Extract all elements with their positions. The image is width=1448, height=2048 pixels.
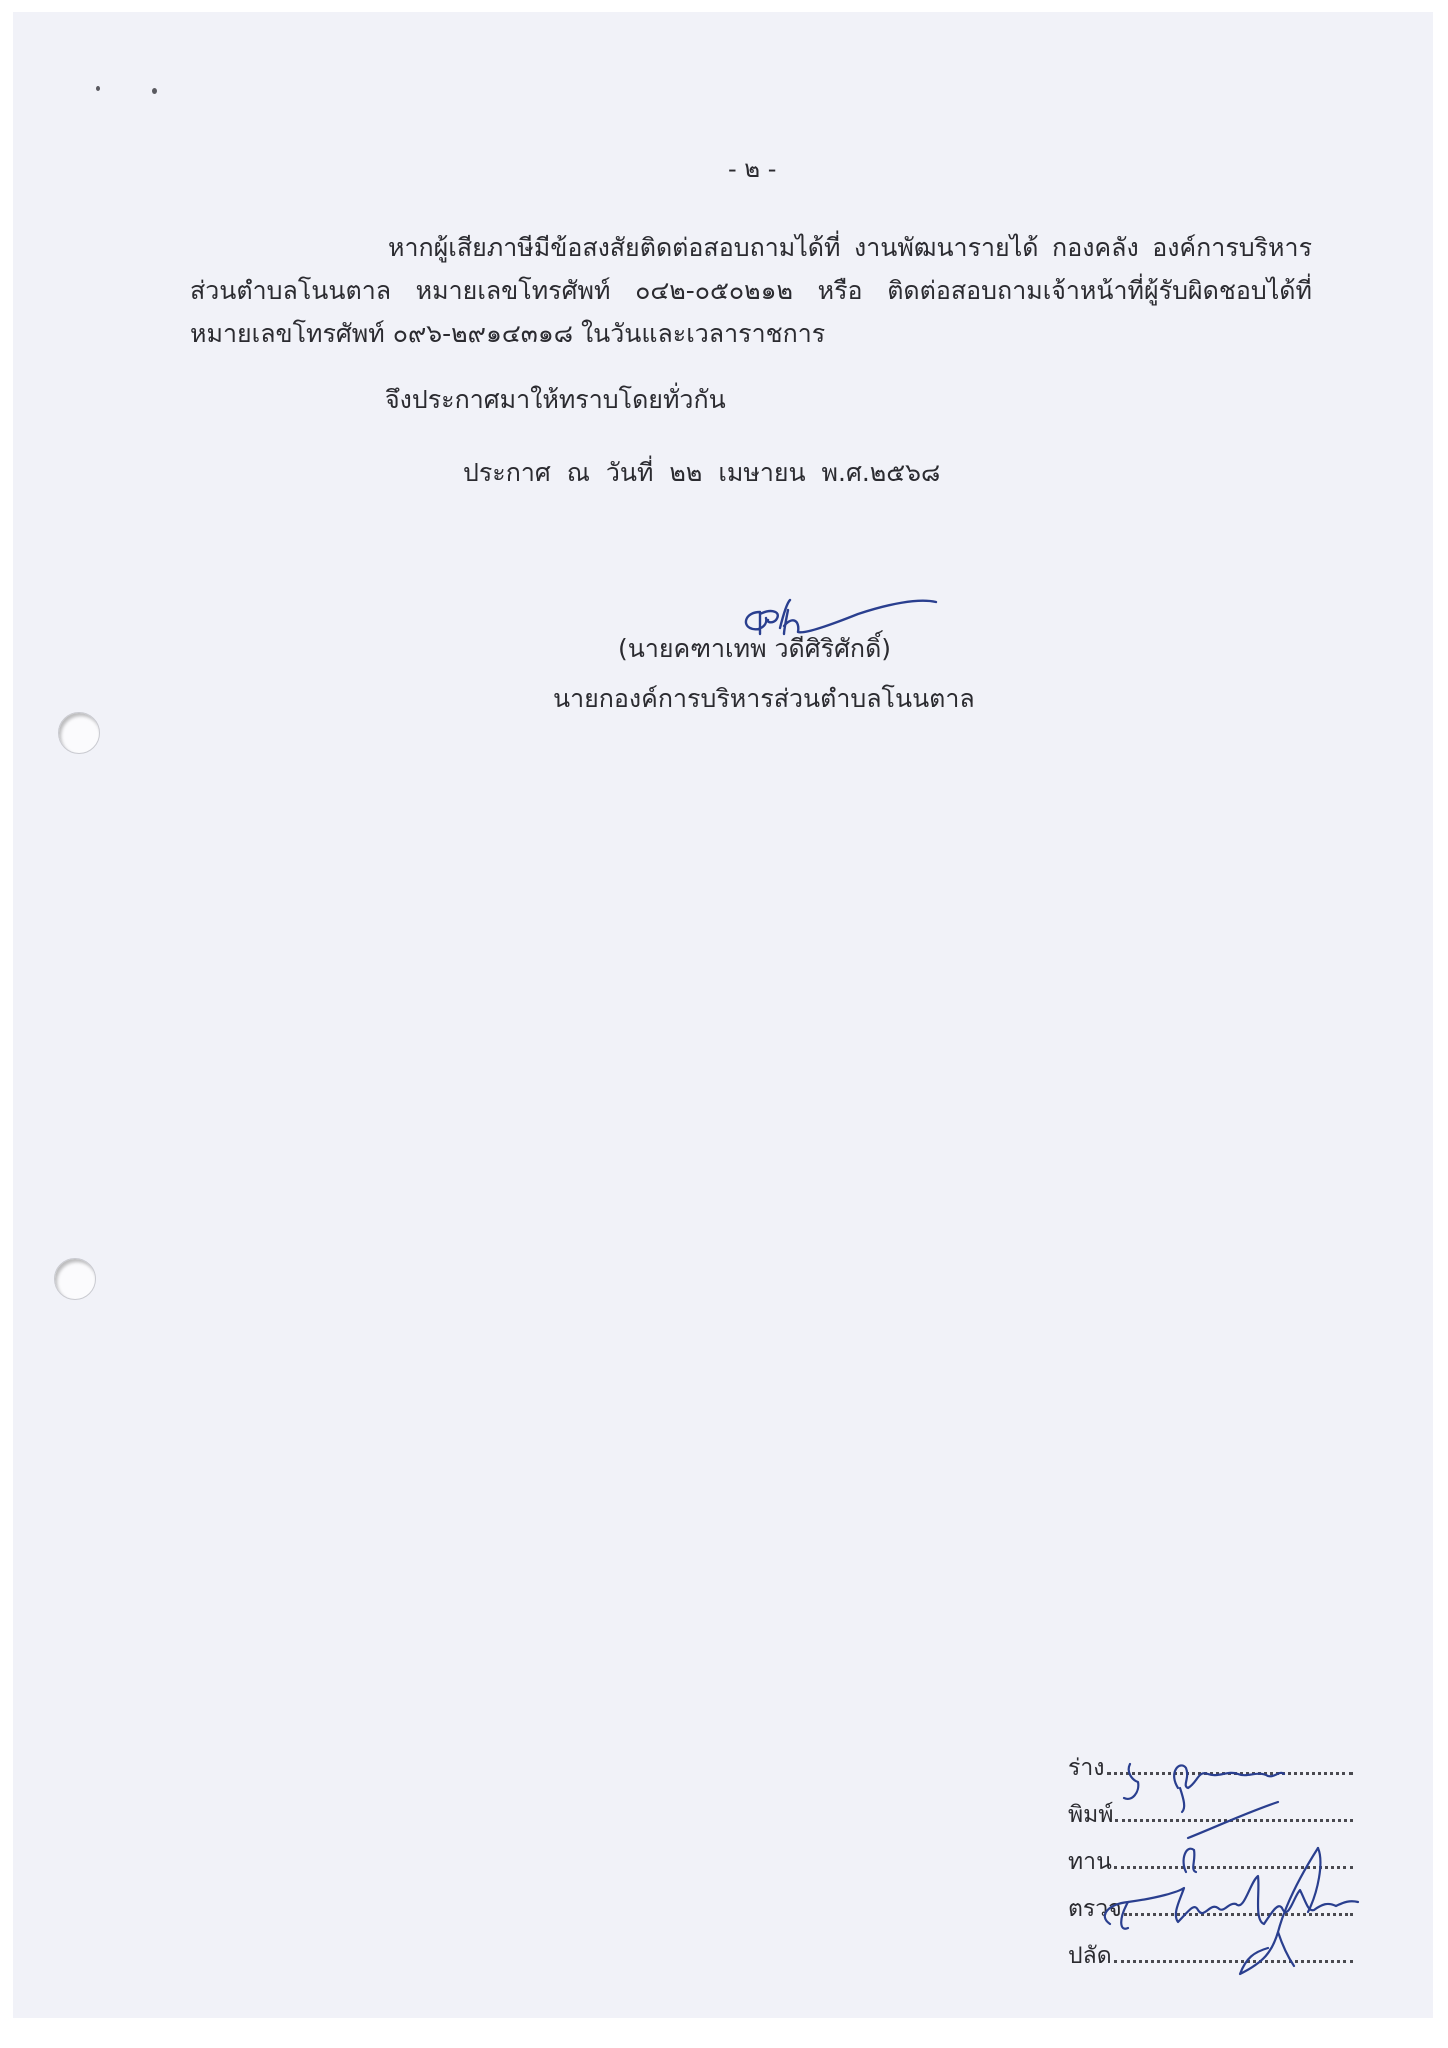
scan-speck bbox=[96, 86, 100, 91]
closing-statement: จึงประกาศมาให้ทราบโดยทั่วกัน bbox=[385, 385, 726, 415]
initials-row-proofread: ทาน bbox=[1068, 1846, 1353, 1893]
dotted-line bbox=[1114, 1846, 1353, 1869]
initials-row-draft: ร่าง bbox=[1068, 1752, 1353, 1799]
initials-label: ตรวจ bbox=[1068, 1894, 1122, 1924]
dotted-line bbox=[1124, 1893, 1353, 1916]
initials-label: ปลัด bbox=[1068, 1941, 1112, 1971]
initials-row-checked: ตรวจ bbox=[1068, 1893, 1353, 1940]
signature-mark bbox=[738, 590, 938, 638]
dotted-line bbox=[1115, 1799, 1353, 1822]
punch-hole-top bbox=[58, 712, 100, 754]
punch-hole-bottom bbox=[54, 1258, 96, 1300]
initials-row-clerk: ปลัด bbox=[1068, 1940, 1353, 1987]
initials-label: ทาน bbox=[1068, 1847, 1112, 1877]
initials-row-typed: พิมพ์ bbox=[1068, 1799, 1353, 1846]
announcement-date: ประกาศ ณ วันที่ ๒๒ เมษายน พ.ศ.๒๕๖๘ bbox=[463, 458, 940, 488]
initials-block: ร่าง พิมพ์ ทาน ตรวจ ปลัด bbox=[1068, 1752, 1353, 1987]
signatory-name: (นายคฑาเทพ วดีศิริศักดิ์) bbox=[618, 634, 891, 664]
dotted-line bbox=[1114, 1940, 1353, 1963]
body-paragraph: หากผู้เสียภาษีมีข้อสงสัยติดต่อสอบถามได้ท… bbox=[190, 226, 1312, 355]
scan-speck bbox=[152, 88, 157, 94]
initials-label: พิมพ์ bbox=[1068, 1800, 1113, 1830]
initials-label: ร่าง bbox=[1068, 1753, 1105, 1783]
signatory-title: นายกองค์การบริหารส่วนตำบลโนนตาล bbox=[553, 684, 975, 714]
dotted-line bbox=[1107, 1752, 1354, 1775]
page-number: - ๒ - bbox=[728, 154, 776, 184]
